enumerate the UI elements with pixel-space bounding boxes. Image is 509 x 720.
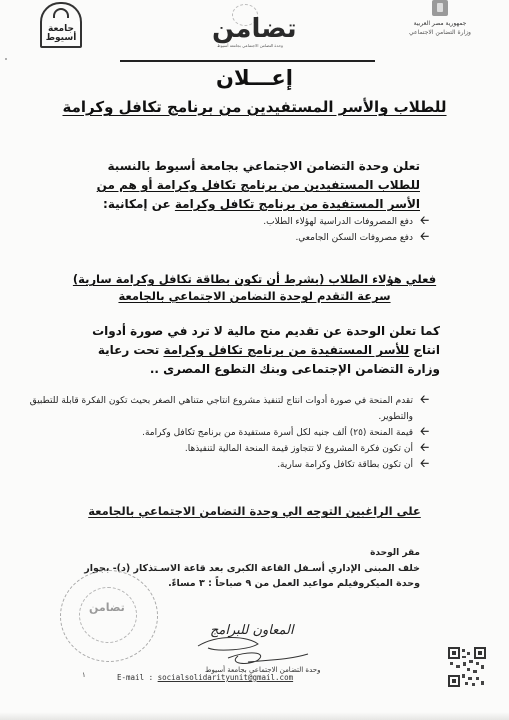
stamp-inner-ring [79, 587, 137, 643]
university-logo-text: جامعة أسيوط [42, 25, 80, 43]
intro-paragraph: تعلن وحدة التضامن الاجتماعي بجامعة أسيوط… [70, 157, 420, 214]
benefit-text: دفع مصروفات السكن الجامعي. [295, 230, 413, 246]
email-line: E-mail : socialsolidarityunit@gmail.com [117, 673, 293, 682]
scan-edge-shadow [0, 712, 509, 720]
takamol-logo: تضامن وحدة التضامن الاجتماعي بجامعة أسيو… [212, 4, 288, 46]
headquarters-label: مقر الوحدة [370, 548, 420, 558]
arrow-left-icon: 🡠 [417, 393, 429, 407]
cta-text: على الراغبين التوجه الي وحدة التضامن الا… [88, 504, 421, 518]
arrow-left-icon: 🡠 [417, 457, 429, 471]
condition-text-1: فعلي هؤلاء الطلاب (بشرط أن تكون بطاقة تك… [73, 272, 436, 286]
stamp-text: تضامن [89, 601, 125, 614]
page-number: ١ [82, 671, 86, 679]
list-item: 🡠 دفع المصروفات الدراسية لهؤلاء الطلاب. [229, 214, 429, 230]
list-item: 🡠 أن تكون بطاقة تكافل وكرامة سارية. [19, 457, 429, 473]
scan-speck [5, 58, 7, 60]
arrow-left-icon: 🡠 [417, 214, 429, 228]
subtitle-text: للطلاب والأسر المستفيدين من برنامج تكافل… [62, 98, 446, 116]
intro-part-1: تعلن وحدة التضامن الاجتماعي بجامعة أسيوط… [108, 159, 420, 173]
eagle-emblem-icon [432, 0, 448, 16]
intro-part-3: عن إمكانية: [103, 197, 175, 211]
signature-scribble-icon [188, 630, 318, 670]
list-item: 🡠 أن تكون فكرة المشروع لا تتجاوز قيمة ال… [19, 441, 429, 457]
list-item: 🡠 دفع مصروفات السكن الجامعي. [229, 230, 429, 246]
program-logo-text: تضامن [212, 14, 288, 44]
benefits-list: 🡠 دفع المصروفات الدراسية لهؤلاء الطلاب. … [229, 214, 429, 246]
condition-text-2: سرعة التقدم لوحدة التضامن الاجتماعي بالج… [118, 289, 390, 303]
gov-line-1: جمهورية مصر العربية [404, 20, 476, 27]
gov-line-2: وزارة التضامن الاجتماعي [404, 29, 476, 36]
email-label: E-mail : [117, 673, 158, 682]
scan-speck [250, 165, 252, 167]
qr-code-icon[interactable] [448, 647, 486, 687]
sun-emblem-icon [53, 8, 69, 18]
assiut-university-logo: جامعة أسيوط [40, 2, 82, 48]
arrow-left-icon: 🡠 [417, 425, 429, 439]
header-divider [120, 60, 375, 62]
condition-line-2: سرعة التقدم لوحدة التضامن الاجتماعي بالج… [0, 288, 509, 305]
email-link[interactable]: socialsolidarityunit@gmail.com [158, 673, 293, 682]
government-logo: جمهورية مصر العربية وزارة التضامن الاجتم… [404, 0, 476, 46]
page-title: إعـــلان [0, 66, 509, 90]
list-item: 🡠 تقدم المنحة في صورة أدوات انتاج لتنفيذ… [19, 393, 429, 425]
term-text: قيمة المنحة (٢٥) ألف جنيه لكل أسرة مستفي… [142, 425, 413, 441]
call-to-action: على الراغبين التوجه الي وحدة التضامن الا… [0, 504, 509, 518]
term-text: أن تكون فكرة المشروع لا تتجاوز قيمة المن… [185, 441, 413, 457]
grant-paragraph: كما تعلن الوحدة عن تقديم منح مالية لا تر… [70, 322, 440, 379]
condition-line-1: فعلي هؤلاء الطلاب (بشرط أن تكون بطاقة تك… [0, 271, 509, 288]
arrow-left-icon: 🡠 [417, 441, 429, 455]
list-item: 🡠 قيمة المنحة (٢٥) ألف جنيه لكل أسرة مست… [19, 425, 429, 441]
page-subtitle: للطلاب والأسر المستفيدين من برنامج تكافل… [0, 98, 509, 116]
term-text: أن تكون بطاقة تكافل وكرامة سارية. [277, 457, 413, 473]
benefit-text: دفع المصروفات الدراسية لهؤلاء الطلاب. [263, 214, 413, 230]
grant-part-2: للأسر المستفيدة من برنامج تكافل وكرامة [163, 343, 409, 357]
announcement-page: جامعة أسيوط تضامن وحدة التضامن الاجتماعي… [0, 0, 509, 720]
term-text: تقدم المنحة في صورة أدوات انتاج لتنفيذ م… [19, 393, 413, 425]
arrow-left-icon: 🡠 [417, 230, 429, 244]
program-logo-subtext: وحدة التضامن الاجتماعي بجامعة أسيوط [212, 43, 288, 48]
official-stamp: تضامن [60, 570, 158, 662]
grant-terms-list: 🡠 تقدم المنحة في صورة أدوات انتاج لتنفيذ… [19, 393, 429, 473]
